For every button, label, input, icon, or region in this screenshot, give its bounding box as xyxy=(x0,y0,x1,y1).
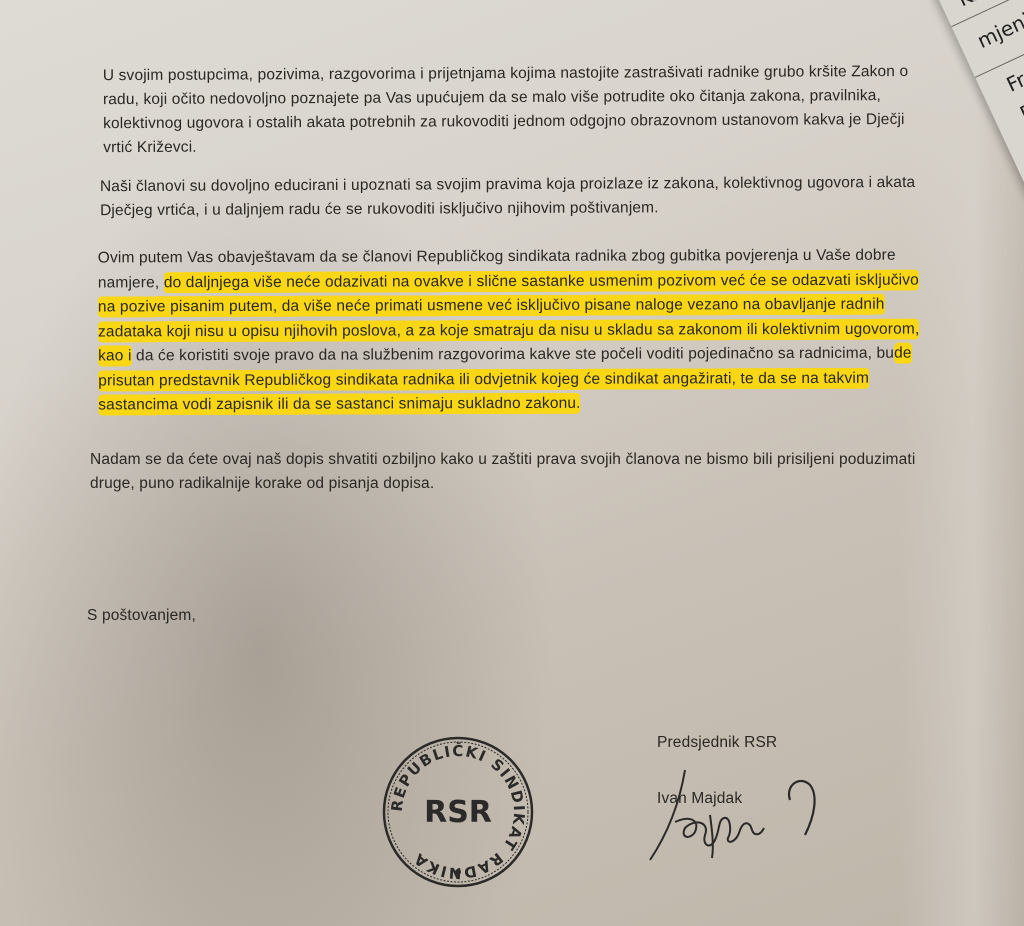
paragraph-2: Naši članovi su dovoljno educirani i upo… xyxy=(100,171,930,223)
body-text: da će koristiti svoje pravo da na službe… xyxy=(132,345,895,365)
stamp-center-text: RSR xyxy=(424,795,492,830)
signatory-title: Predsjednik RSR xyxy=(657,731,777,755)
paragraph-3-highlighted: Ovim putem Vas obavještavam da se članov… xyxy=(98,244,934,418)
closing-salutation: S poštovanjem, xyxy=(87,604,196,628)
handwritten-signature xyxy=(640,760,840,870)
paragraph-4: Nadam se da ćete ovaj naš dopis shvatiti… xyxy=(90,448,920,496)
body-text: U svojim postupcima, pozivima, razgovori… xyxy=(103,63,909,156)
body-text: Naši članovi su dovoljno educirani i upo… xyxy=(100,174,915,219)
back-sheet-line-2: mjenice ravi xyxy=(973,0,1024,53)
paragraph-1: U svojim postupcima, pozivima, razgovori… xyxy=(103,60,933,160)
union-stamp-seal: REPUBLIČKI SINDIKAT RADNIKA RSR xyxy=(380,734,536,890)
body-text: Nadam se da ćete ovaj naš dopis shvatiti… xyxy=(90,451,915,492)
